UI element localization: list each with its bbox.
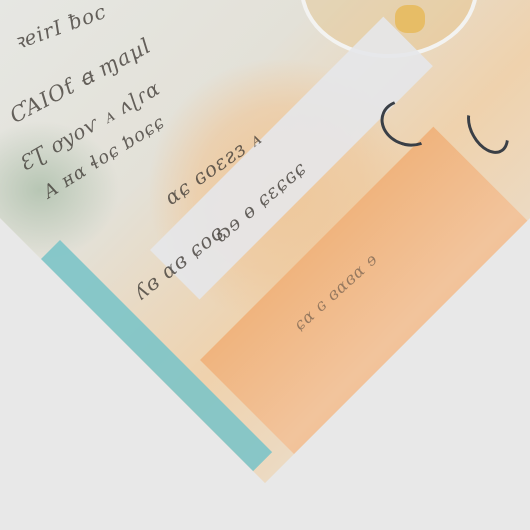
artwork-photo: ꝛeirI ƀoϲ ƇAIOƭ ꬰ ɱaµl ƐƮ ơyoⱱ ꭺ ʌɭɾɑ A …: [0, 0, 530, 530]
fabric-corner: ꝛeirI ƀoϲ ƇAIOƭ ꬰ ɱaµl ƐƮ ơyoⱱ ꭺ ʌɭɾɑ A …: [0, 0, 530, 530]
